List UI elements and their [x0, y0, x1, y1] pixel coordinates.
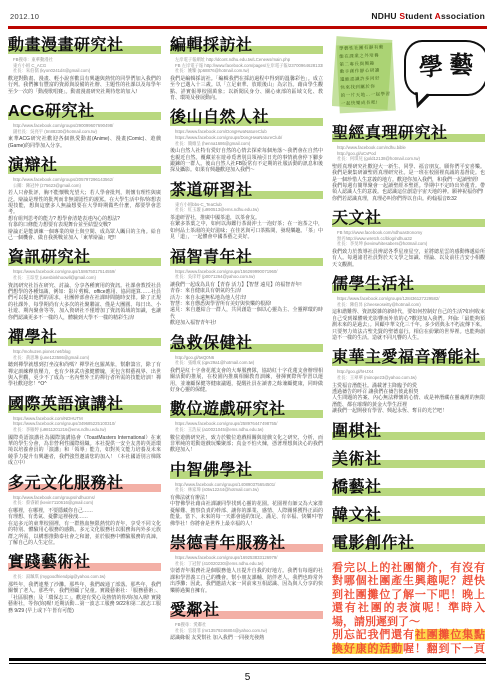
club-entry: 資訊研究社https://www.facebook.com/groups/158… — [8, 248, 161, 321]
club-contact-info: FB搜尋：東華動漫社東方小組 C_ACG社長：朱伯儒 (kyon0241d4@g… — [8, 57, 161, 74]
club-entry: 東華主愛福音潛能社http://goo.gl/hHJX4社長：王翠華 (mino… — [332, 348, 485, 414]
club-entry: 崇德青年服務社https://www.facebook.com/groups/1… — [170, 534, 323, 594]
club-description: 聖經真理研究社歡迎大一新生、同學、福音朋友。願你們平安喜樂。我們是聚集研讀聖經真… — [332, 164, 485, 202]
contact-line: 社長：姚臻 (tp68876@hotmail.com.tw) — [175, 68, 323, 74]
club-title: 資訊研究社 — [8, 248, 161, 267]
contact-line: 社長：李雁婷 (u9811201216@ems.ndhu.edu.tw) — [13, 427, 161, 433]
club-description: 崇德青年服務社是個服務他人且提升自我的好地方。我們有每週的社課和學習義工自己的機… — [170, 568, 323, 594]
club-entry: 愛鄰社FB搜尋：愛鄰社社長：官羽菲 (mr13579246804@yahoo.c… — [170, 601, 323, 642]
club-title-text: 多元文化服務社 — [8, 475, 124, 492]
club-title-text: 茶道研習社 — [170, 182, 253, 199]
club-entry: 美術社 — [332, 450, 485, 469]
club-title: 禪學社 — [8, 328, 161, 347]
contact-line: 社長：黃思琳 (june123586@gmail.com) — [13, 355, 161, 361]
contact-line: 社長：官羽菲 (mr13579246804@yahoo.com.tw) — [175, 628, 323, 634]
club-contact-info: 左岸電子報網址 http://dcont.ndhu.edu.tw/LCenews… — [170, 57, 323, 74]
club-entry: 演辯社http://www.facebook.com/groups/205797… — [8, 156, 161, 241]
category-header: 學藝性社團有靜有動 能在課業之外培養 第二專長與興趣 動手創作靜心研讀 還能認識… — [332, 36, 485, 118]
club-title: 編輯採訪社 — [170, 36, 323, 55]
club-contact-info: 社長：湯珮琪 (mygoodfriendpig@yahoo.com.tw) — [8, 574, 161, 580]
club-contact-info: FB搜尋：愛鄰社社長：官羽菲 (mr13579246804@yahoo.com.… — [170, 622, 323, 633]
club-contact-info: http://www.facebook.com/groups/290099607… — [8, 123, 161, 134]
club-contact-info: http://mohuzen.pixnet.net/blog社長：黃思琳 (ju… — [8, 349, 161, 360]
club-contact-info: https://www.facebook.com/groups/12843612… — [332, 296, 485, 307]
club-title-text: 儒學生活社 — [332, 276, 415, 293]
contact-line: 社長：朱伯儒 (kyon0241d4@gmail.com) — [13, 68, 161, 74]
club-title-text: 崇德青年服務社 — [170, 535, 286, 552]
handwritten-note: 學藝性社團有靜有動 能在課業之外培養 第二專長與興趣 動手創作靜心研讀 還能認識… — [332, 38, 396, 114]
club-title-text: 聖經真理研究社 — [332, 125, 448, 142]
club-entry: 國際英語演講社https://www.facebook.com/NDHUTMht… — [8, 395, 161, 467]
club-entry: 橋藝社 — [332, 478, 485, 497]
club-title: 急救保健社 — [170, 334, 323, 353]
page-footer: 5 — [0, 658, 495, 700]
club-contact-info: https://www.facebook.com/NDHUTMhttps://w… — [8, 416, 161, 433]
note-text: 學藝性社團有靜有動 能在課業之外培養 第二專長與興趣 動手創作靜心研讀 還能認識… — [339, 43, 393, 107]
club-contact-info: https://www.facebook.com/groups/15867501… — [8, 269, 161, 280]
contact-line: 社長：王琮堂 (usesbinkhoowll@gmail.com) — [13, 275, 161, 281]
brand-title: NDHU Student Association — [371, 11, 485, 21]
club-contact-info: https://www.facebook.com/groups/15626999… — [170, 269, 323, 280]
header-rule — [8, 26, 487, 29]
contact-line: 社長：王翠華 (minope23@yahoo.com.tw) — [337, 375, 485, 381]
club-title-text: ACG研究社 — [8, 103, 95, 120]
contact-line: 社長：紅玉璇 (u990513@ems.ndhu.edu.tw) — [175, 207, 323, 213]
club-contact-info: https://www.facebook.com/DongHwaNatureCl… — [170, 129, 323, 146]
club-description: 讓我們一起成為具有【青春 活力】【智慧 遠見】的福智青年! 青春：來自健康具有朝… — [170, 282, 323, 327]
club-columns: 動畫漫畫研究社FB搜尋：東華動漫社東方小組 C_ACG社長：朱伯儒 (kyon0… — [0, 36, 495, 654]
club-entry: 編輯採訪社左岸電子報網址 http://dcont.ndhu.edu.tw/LC… — [170, 36, 323, 101]
club-description: 我們是紅十字會花蓮支會的大專服務隊，協助紅十字花蓮支會辦理相關活動的推展，在校園… — [170, 368, 323, 394]
contact-line: 社長：林家瑋 (s0tw12244@hotmail.com.tw) — [175, 487, 323, 493]
newsletter-page: 2012.10 NDHU Student Association 動畫漫畫研究社… — [0, 0, 495, 700]
club-entry: 多元文化服務社http://www.facebook.com/groups/nd… — [8, 474, 161, 547]
club-entry: 動畫漫畫研究社FB搜尋：東華動漫社東方小組 C_ACG社長：朱伯儒 (kyon0… — [8, 36, 161, 95]
contact-line: 社長：李旻坤 (kevinwhitesabers@hotmail.com) — [337, 241, 485, 247]
footer-rule — [9, 658, 486, 664]
club-description: 茶道研習社，推廣中國茶道，以茶會友。 在繁多茶葉之中，如何以海鑑行茶湯沖土一泡好… — [170, 215, 323, 241]
contact-line: 社長：何琪兒 (gold12138@hotmail.com.tw) — [337, 156, 485, 162]
club-description: 認識緣報 友愛幫社 加入我們 一同發光發熱 — [170, 635, 323, 641]
club-entry: 禪學社http://mohuzen.pixnet.net/blog社長：黃思琳 … — [8, 328, 161, 388]
club-title-text: 國際英語演講社 — [8, 396, 124, 413]
page-header: 2012.10 NDHU Student Association — [0, 0, 495, 24]
club-title-text: 數位遊戲研究社 — [170, 401, 286, 418]
club-title-text: 橋藝社 — [332, 479, 382, 496]
contact-line: 公關：陳冠仲 (z75623@gmail.com) — [13, 183, 161, 189]
club-entry: 韓文社 — [332, 506, 485, 525]
club-description: 聽到禪學就想到打坐沒和尚嗎？禪學社包羅萬象，幫辭籌宣，除了有禪定訓練釋放壓力，也… — [8, 362, 161, 388]
club-entry: 儒學生活社https://www.facebook.com/groups/128… — [332, 275, 485, 341]
contact-line: 副社長：吳亮宇 (tm88230@hotmail.com.tw) — [13, 129, 161, 135]
club-title: 橋藝社 — [332, 478, 485, 497]
club-description: 國際英語演講社為國際演講協會（ToastMasters Internationa… — [8, 435, 161, 467]
brand-segment: NDHU — [371, 11, 399, 21]
club-contact-info: http://goo.gl/hHJX4社長：王翠華 (minope23@yaho… — [332, 369, 485, 380]
club-description: 我們是編輯採訪社。「編輯我們在採訪過程中得到的溫馨彩色」。成立至今已邁入十三歲。… — [170, 76, 323, 102]
club-title: 天文社 — [332, 209, 485, 228]
club-contact-info: http://www.facebook.com/groups/ndhucms/社… — [8, 495, 161, 506]
club-description: 那些年，我們連墾了沙灘。那些年，我們疏通了部落。那些年，我們關懷了老人。那些年，… — [8, 582, 161, 614]
club-title: 愛鄰社 — [170, 601, 323, 620]
club-contact-info: 東方小組bbs-C_TeaClub社長：紅玉璇 (u990513@ems.ndh… — [170, 202, 323, 213]
club-title: 動畫漫畫研究社 — [8, 36, 161, 55]
issue-date: 2012.10 — [10, 12, 39, 21]
club-title: 數位遊戲研究社 — [170, 400, 323, 419]
club-title-text: 演辯社 — [8, 157, 58, 174]
bubble-character: 學 — [418, 55, 444, 81]
contact-line: 社長：丁冠智 (410020230@ems.ndhu.edu.tw) — [175, 561, 323, 567]
club-title-text: 電影創作社 — [332, 535, 415, 552]
contact-line: 社長：吳庠妤 (p0071264@yahoo.com.tw) — [175, 274, 323, 280]
club-title: 圍棋社 — [332, 422, 485, 441]
club-entry: 天文社FB http://www.facebook.com/ndhuastron… — [332, 209, 485, 268]
club-title-text: 東華主愛福音潛能社 — [332, 349, 481, 366]
club-entry: 中智佛學社http://www.facebook.com/groups/1408… — [170, 461, 323, 527]
club-title-text: 愛鄰社 — [170, 602, 220, 619]
club-title: 多元文化服務社 — [8, 474, 161, 493]
club-description: 有佛法就有辦法！ 中智佛學社藉由社課讓同學找到心靈的花園。花園裡有師父為大家排憂… — [170, 495, 323, 527]
club-title: 福智青年社 — [170, 248, 323, 267]
club-title-text: 圍棋社 — [332, 423, 382, 440]
club-title: 美術社 — [332, 450, 485, 469]
club-title-text: 福智青年社 — [170, 249, 253, 266]
column-left: 動畫漫畫研究社FB搜尋：東華動漫社東方小組 C_ACG社長：朱伯儒 (kyon0… — [8, 36, 161, 654]
club-contact-info: http://www.facebook.com/groups/140890375… — [170, 482, 323, 493]
club-title-text: 資訊研究社 — [8, 249, 91, 266]
club-contact-info: https://www.facebook.com/groups/25897644… — [170, 421, 323, 432]
club-title-text: 實踐藝術社 — [8, 554, 91, 571]
club-description: 在哪裡，在哪裡，不要隱藏你自己…… 有理想、有勇氣、憂鬱這裡發洩…… 在這多元的… — [8, 508, 161, 546]
contact-line: 社長：湯珮琪 (mygoodfriendpig@yahoo.com.tw) — [13, 574, 161, 580]
club-contact-info: http://goo.gl/twQ0N6社長：張維成 (qpv29a1@hotm… — [170, 355, 323, 366]
club-title: 韓文社 — [332, 506, 485, 525]
club-description: 東華ACG研究社歡迎各個熱愛動畫(Anime)、漫畫(Comic)、遊戲(Gam… — [8, 136, 161, 149]
brand-segment: tudent — [405, 11, 434, 21]
club-entry: 數位遊戲研究社https://www.facebook.com/groups/2… — [170, 400, 323, 453]
contact-line: 社長：陳伯昇 (cheeseoseitty@hotmail.com) — [337, 302, 485, 308]
club-title: 聖經真理研究社 — [332, 124, 485, 143]
club-title: 崇德青年服務社 — [170, 534, 323, 553]
club-description: 資訊研究社旨在研究、討論、分享各種實用的資訊。社課會教授社員們想學的各種知識，例… — [8, 283, 161, 321]
club-entry: 實踐藝術社社長：湯珮琪 (mygoodfriendpig@yahoo.com.t… — [8, 553, 161, 614]
page-number: 5 — [0, 672, 495, 683]
promo-note: 看完以上的社團簡介，有沒有對哪個社團產生興趣呢？趕快到社團攤位了解一下吧！晚上還… — [332, 562, 485, 654]
category-speech-bubble: 學藝 — [404, 40, 485, 96]
club-title: 電影創作社 — [332, 534, 485, 553]
club-contact-info: http://www.facebook.com/groups/205797296… — [8, 177, 161, 188]
club-title: 後山自然人社 — [170, 108, 323, 127]
club-title-text: 急救保健社 — [170, 335, 253, 352]
club-title: 實踐藝術社 — [8, 553, 161, 572]
club-title-text: 後山自然人社 — [170, 109, 269, 126]
club-entry: 後山自然人社https://www.facebook.com/DongHwaNa… — [170, 108, 323, 173]
club-title-text: 美術社 — [332, 451, 382, 468]
club-entry: ACG研究社http://www.facebook.com/groups/290… — [8, 102, 161, 149]
club-title-text: 動畫漫畫研究社 — [8, 37, 124, 54]
club-entry: 電影創作社 — [332, 534, 485, 553]
contact-line: 社長：張維成 (qpv29a1@hotmail.com.tw) — [175, 360, 323, 366]
club-title-text: 禪學社 — [8, 329, 58, 346]
club-contact-info: http://www.facebook.com/ndhu.biblehttp:/… — [332, 145, 485, 162]
club-title: ACG研究社 — [8, 102, 161, 121]
club-description: 後山自然人社特有愛好自然的心情去探索每個角落～我們會在自然中也親近自然。覆藏並在… — [170, 148, 323, 174]
brand-segment: ssociation — [441, 11, 485, 21]
club-entry: 茶道研習社東方小組bbs-C_TeaClub社長：紅玉璇 (u990513@em… — [170, 181, 323, 241]
club-contact-info: FB http://www.facebook.com/ndhuastronomy… — [332, 230, 485, 247]
column-middle: 編輯採訪社左岸電子報網址 http://dcont.ndhu.edu.tw/LC… — [170, 36, 323, 654]
club-title: 國際英語演講社 — [8, 395, 161, 414]
contact-line: 社長：王浩辰 (a10021045@ems.ndhu.edu.tw) — [175, 427, 323, 433]
column-right: 學藝性社團有靜有動 能在課業之外培養 第二專長與興趣 動手創作靜心研讀 還能認識… — [332, 36, 485, 654]
club-title: 茶道研習社 — [170, 181, 323, 200]
club-description: 主愛福音潛能社。滿載著主降臨予的愛 透過禱告的呼召 讓我們在禱告彼此相契 人生問… — [332, 383, 485, 415]
bubble-character: 藝 — [448, 53, 473, 78]
club-entry: 急救保健社http://goo.gl/twQ0N6社長：張維成 (qpv29a1… — [170, 334, 323, 394]
club-description: 我們致力於教導社員辨認各季星座星空，並將總星雲的感動傳遞給所有人。每週諸君社員對… — [332, 249, 485, 268]
club-title-text: 天文社 — [332, 210, 382, 227]
club-description: 這和諧難得、資訊駁雜的新時代，要如何控制好自己的生活?如何收束自己受到媒體吸光影… — [332, 309, 485, 341]
club-description: 若人只會批評，胸不能懷戰光望大；若人學會批判，則懷有理性與廣泛。辯論是理性的批判… — [8, 190, 161, 241]
club-title-text: 中智佛學社 — [170, 462, 253, 479]
contact-line: 社長：蔡睿穎 (kevin7110616@gmail.com) — [13, 500, 161, 506]
club-title: 東華主愛福音潛能社 — [332, 348, 485, 367]
club-entry: 圍棋社 — [332, 422, 485, 441]
club-description: 數位遊戲研究社，致力於數位遊戲相關與遊戲文化之研究、分析，而非單純的電動遊戲玩樂… — [170, 435, 323, 454]
club-title-text: 韓文社 — [332, 507, 382, 524]
club-title-text: 編輯採訪社 — [170, 37, 253, 54]
club-entry: 福智青年社https://www.facebook.com/groups/156… — [170, 248, 323, 327]
club-entry: 聖經真理研究社http://www.facebook.com/ndhu.bibl… — [332, 124, 485, 202]
club-title: 中智佛學社 — [170, 461, 323, 480]
club-contact-info: https://www.facebook.com/groups/16925383… — [170, 555, 323, 566]
club-title: 演辯社 — [8, 156, 161, 175]
club-description: 歡迎對動畫、漫畫、輕小說喜歡具有興趣與熱忱的同學們加入我們的行列。我們擁有豐富的… — [8, 76, 161, 95]
club-title: 儒學生活社 — [332, 275, 485, 294]
contact-line: 社長：簡維呈 (henna1686@gmail.com) — [175, 141, 323, 147]
